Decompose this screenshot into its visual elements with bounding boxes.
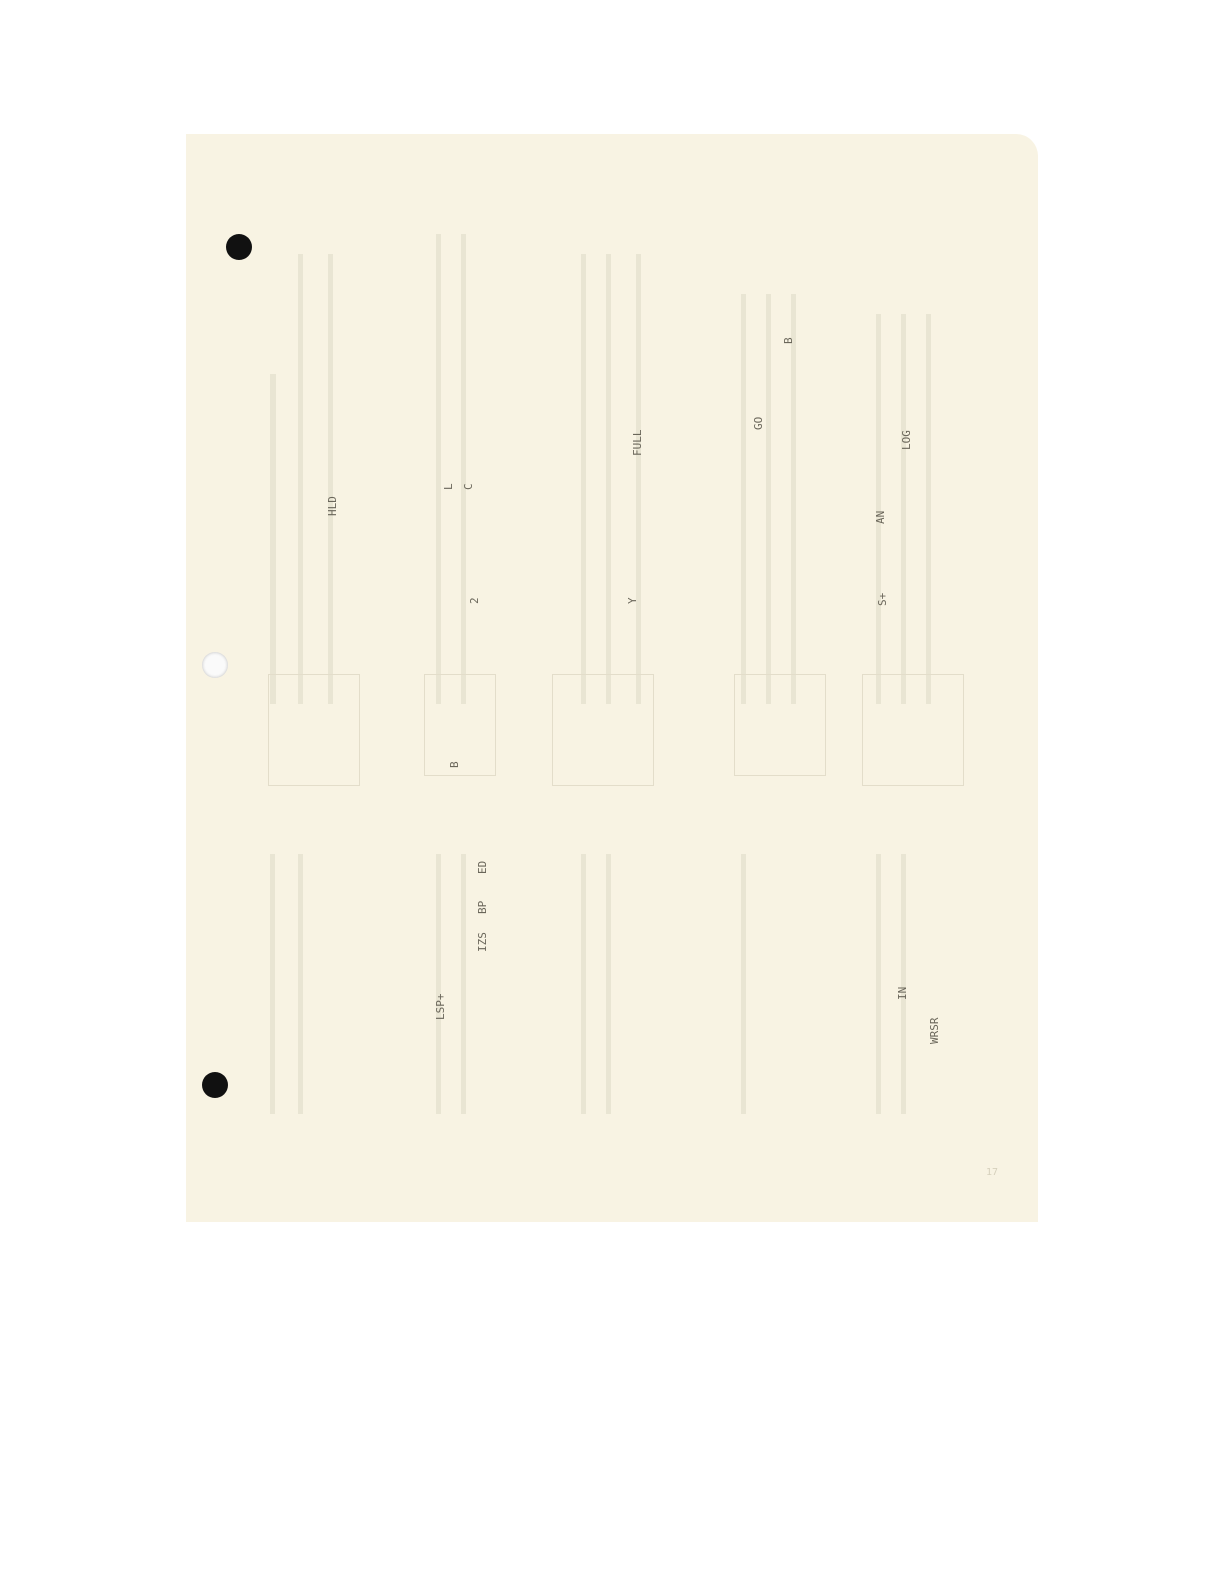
- text-fragment: LOG: [900, 430, 913, 450]
- punch-hole-icon: [226, 234, 252, 260]
- text-fragment: L: [442, 483, 455, 490]
- text-fragment: B: [782, 337, 795, 344]
- document-page: HLD L C 2 B LSP+ IZS BP ED FULL Y GO B S…: [186, 134, 1038, 1222]
- text-fragment: B: [448, 761, 461, 768]
- page-number: 17: [986, 1167, 998, 1178]
- text-fragment: Y: [626, 597, 639, 604]
- text-fragment: FULL: [631, 430, 644, 457]
- text-fragment: WRSR: [928, 1018, 941, 1045]
- punch-hole-icon: [202, 652, 228, 678]
- punch-hole-icon: [202, 1072, 228, 1098]
- text-fragment: ED: [476, 861, 489, 874]
- text-fragment: AN: [874, 511, 887, 524]
- text-fragment: S+: [876, 593, 889, 606]
- text-fragment: GO: [752, 417, 765, 430]
- text-fragment: C: [462, 483, 475, 490]
- text-fragment: HLD: [326, 496, 339, 516]
- text-fragment: IN: [896, 987, 909, 1000]
- text-fragment: IZS: [476, 932, 489, 952]
- text-fragment: LSP+: [434, 994, 447, 1021]
- text-fragment: 2: [468, 597, 481, 604]
- text-fragment: BP: [476, 901, 489, 914]
